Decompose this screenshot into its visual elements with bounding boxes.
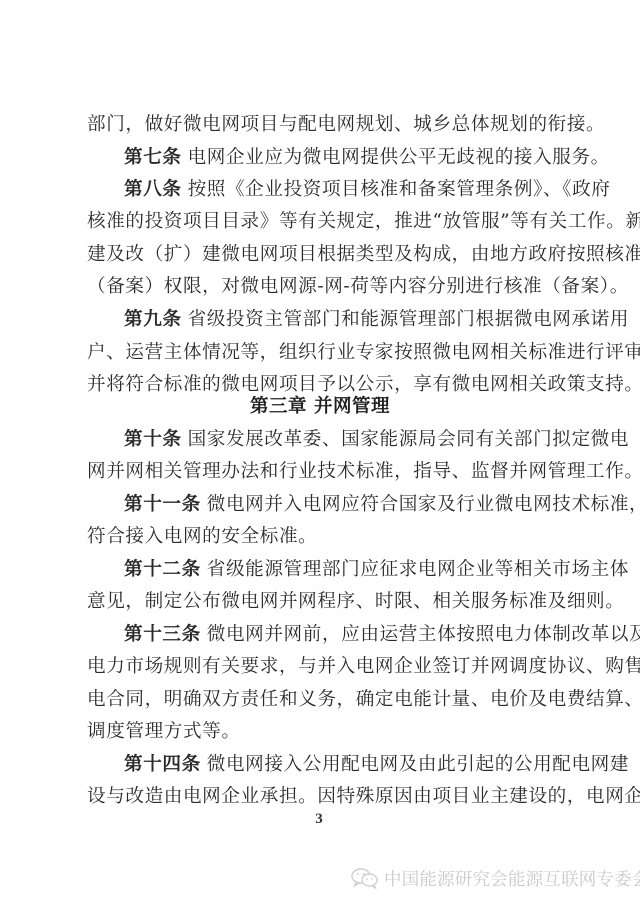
article-number: 第十三条 [124,624,201,645]
article-number: 第八条 [124,179,182,200]
article-7: 第七条电网企业应为微电网提供公平无歧视的接入服务。 [124,146,555,170]
text-line: 建及改（扩）建微电网项目根据类型及构成，由地方政府按照核准 [87,243,555,267]
document-page: 部门，做好微电网项目与配电网规划、城乡总体规划的衔接。 第七条电网企业应为微电网… [0,0,640,905]
article-number: 第十条 [124,429,182,450]
article-10: 第十条国家发展改革委、国家能源局会同有关部门拟定微电 [124,428,555,452]
text-line: （备案）权限，对微电网源-网-荷等内容分别进行核准（备案）。 [87,275,555,299]
watermark-text: 中国能源研究会能源互联网专委会 [384,866,640,891]
wechat-icon [350,867,380,889]
text-line: 意见，制定公布微电网并网程序、时限、相关服务标准及细则。 [87,590,555,614]
text-line: 电合同，明确双方责任和义务，确定电能计量、电价及电费结算、 [87,688,555,712]
text-line: 网并网相关管理办法和行业技术标准，指导、监督并网管理工作。 [87,460,555,484]
text-line: 电力市场规则有关要求，与并入电网企业签订并网调度协议、购售 [87,655,555,679]
page-number: 3 [312,811,326,828]
article-11: 第十一条微电网并入电网应符合国家及行业微电网技术标准， [124,493,555,517]
chapter-heading: 第三章 并网管理 [0,395,640,419]
article-number: 第十四条 [124,754,201,775]
text-line: 符合接入电网的安全标准。 [87,525,555,549]
watermark: 中国能源研究会能源互联网专委会 [350,866,640,890]
article-number: 第九条 [124,309,182,330]
text-line: 部门，做好微电网项目与配电网规划、城乡总体规划的衔接。 [87,113,555,137]
article-number: 第七条 [124,147,182,168]
article-13: 第十三条微电网并网前，应由运营主体按照电力体制改革以及 [124,623,555,647]
article-9: 第九条省级投资主管部门和能源管理部门根据微电网承诺用 [124,308,555,332]
text-line: 核准的投资项目目录》等有关规定，推进“放管服”等有关工作。新 [87,210,555,234]
article-number: 第十二条 [124,559,201,580]
text-line: 调度管理方式等。 [87,720,555,744]
article-12: 第十二条省级能源管理部门应征求电网企业等相关市场主体 [124,558,555,582]
text-line: 设与改造由电网企业承担。因特殊原因由项目业主建设的，电网企 [87,785,555,809]
article-14: 第十四条微电网接入公用配电网及由此引起的公用配电网建 [124,753,555,777]
text-line: 并将符合标准的微电网项目予以公示，享有微电网相关政策支持。 [87,373,555,397]
article-8: 第八条按照《企业投资项目核准和备案管理条例》、《政府 [124,178,555,202]
text-line: 户、运营主体情况等，组织行业专家按照微电网相关标准进行评审， [87,341,555,365]
article-number: 第十一条 [124,494,201,515]
